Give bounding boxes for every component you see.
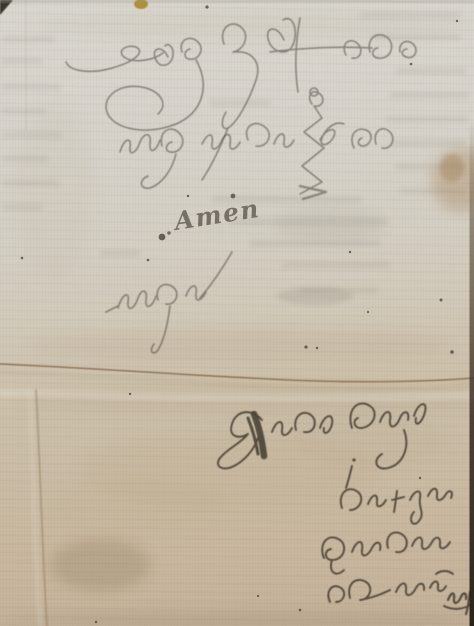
signature-line-3 [322, 532, 450, 573]
manuscript-photo: Amen [0, 0, 474, 626]
ink-speck [167, 231, 171, 235]
handwriting-flourish-line-1 [66, 18, 416, 180]
signature-line-4 [328, 571, 470, 614]
ink-blot [159, 234, 166, 241]
right-edge-shadow [470, 120, 474, 626]
smudge-lower-left [50, 539, 150, 591]
amen-word: Amen [170, 194, 261, 236]
ink-speck [231, 194, 236, 199]
signature-line-2 [341, 489, 452, 524]
manuscript-artwork: Amen [0, 0, 474, 626]
handwriting-amen: Amen [159, 194, 262, 241]
ink-specks [21, 5, 459, 623]
